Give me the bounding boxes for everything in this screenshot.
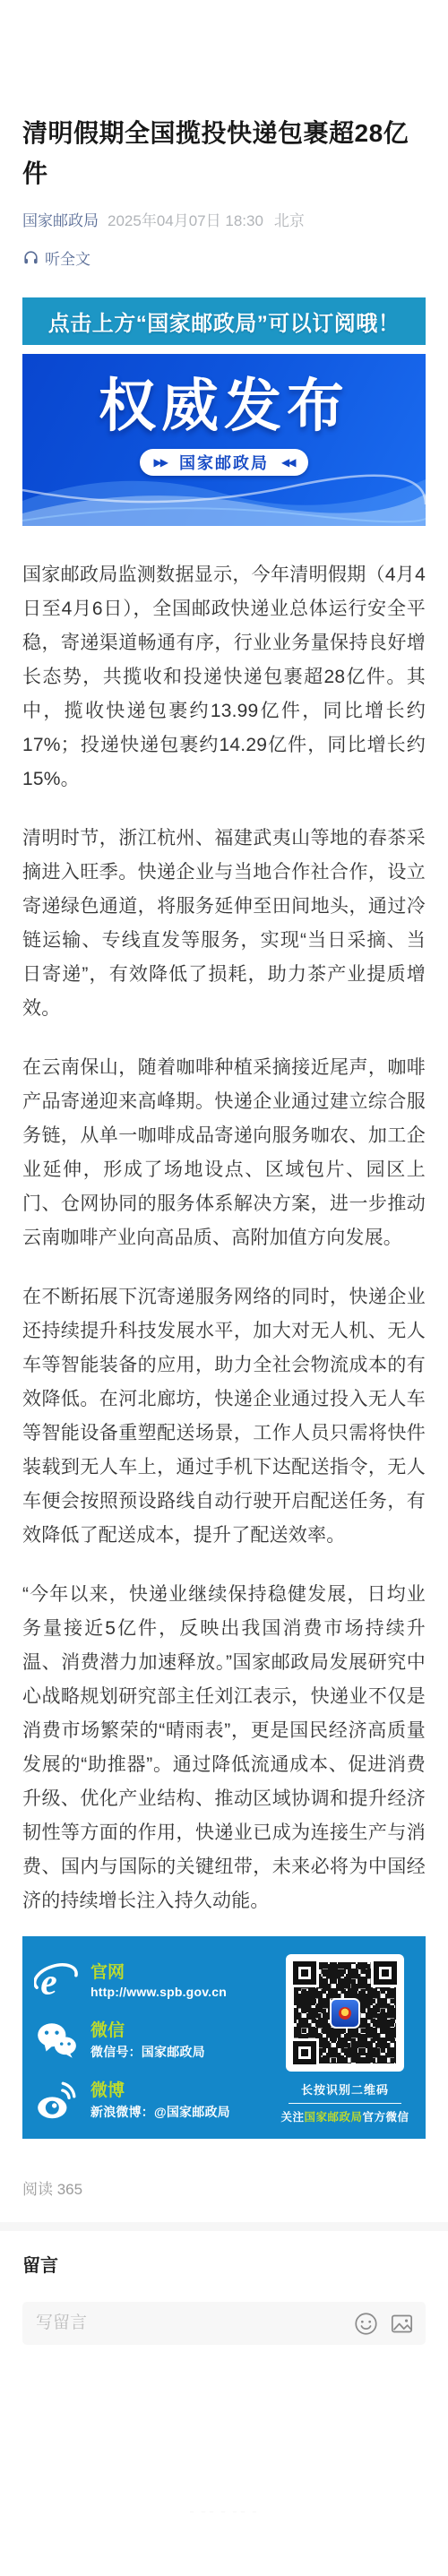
hero-banner-image: 权威发布 ▶▶ 国家邮政局 ◀◀ <box>22 354 426 526</box>
weibo-account: 新浪微博：@国家邮政局 <box>90 2103 230 2121</box>
comment-bar[interactable] <box>22 2302 426 2345</box>
image-upload-icon[interactable] <box>389 2311 414 2336</box>
emoji-icon[interactable] <box>353 2311 378 2336</box>
section-divider <box>0 2222 448 2231</box>
qr-follow-suffix: 官方微信 <box>363 2111 409 2124</box>
qr-finder-mark <box>293 2041 316 2064</box>
fast-forward-icon: ▶▶ <box>154 456 167 469</box>
qr-follow-tip: 关注国家邮政局官方微信 <box>280 2108 409 2124</box>
website-url: http://www.spb.gov.cn <box>90 1985 227 1999</box>
publish-date: 2025年04月07日 18:30 <box>108 208 263 230</box>
internet-explorer-icon: e <box>33 1958 80 2004</box>
weibo-row: 微博 新浪微博：@国家邮政局 <box>33 2078 270 2124</box>
faint-end-text: ﹘ ﹘﹘ ﹘ ﹘﹘ ﹘ <box>22 2506 426 2515</box>
wechat-label: 微信 <box>90 2021 205 2041</box>
comments-heading: 留言 <box>22 2251 426 2277</box>
qr-tip: 长按识别二维码 <box>301 2081 389 2098</box>
website-label: 官网 <box>90 1963 227 1983</box>
subscribe-banner-image: 点击上方“国家邮政局”可以订阅哦！ <box>22 297 426 345</box>
article-paragraph: 清明时节，浙江杭州、福建武夷山等地的春茶采摘进入旺季。快递企业与当地合作社合作，… <box>22 822 426 1026</box>
qr-follow-account: 国家邮政局 <box>304 2111 362 2124</box>
qr-follow-prefix: 关注 <box>280 2111 304 2124</box>
qr-center-emblem <box>330 1998 360 2029</box>
hero-headline: 权威发布 <box>99 377 349 435</box>
byline: 国家邮政局 2025年04月07日 18:30 北京 <box>22 208 426 230</box>
article-page: 清明假期全国揽投快递包裹超28亿件 国家邮政局 2025年04月07日 18:3… <box>0 0 448 2515</box>
hero-badge: ▶▶ 国家邮政局 ◀◀ <box>140 449 309 476</box>
subscribe-banner-text: 点击上方“国家邮政局”可以订阅哦！ <box>48 306 401 337</box>
article-paragraph: 国家邮政局监测数据显示，今年清明假期（4月4日至4月6日），全国邮政快递业总体运… <box>22 558 426 797</box>
read-count: 阅读 365 <box>22 2176 426 2199</box>
article-body: 国家邮政局监测数据显示，今年清明假期（4月4日至4月6日），全国邮政快递业总体运… <box>22 558 426 1918</box>
wechat-row: 微信 微信号：国家邮政局 <box>33 2018 270 2064</box>
qr-panel: 长按识别二维码 关注国家邮政局官方微信 <box>277 1954 413 2124</box>
qr-code-image <box>286 1954 404 2072</box>
comment-input[interactable] <box>34 2313 342 2334</box>
website-row: e 官网 http://www.spb.gov.cn <box>33 1958 270 2004</box>
wechat-account: 微信号：国家邮政局 <box>90 2043 205 2061</box>
author-link[interactable]: 国家邮政局 <box>22 208 99 230</box>
weibo-icon <box>33 2078 80 2124</box>
rewind-icon: ◀◀ <box>281 456 294 469</box>
qr-finder-mark <box>374 1961 397 1985</box>
contact-channels: e 官网 http://www.spb.gov.cn <box>33 1954 270 2124</box>
publish-location: 北京 <box>274 208 305 230</box>
article-paragraph: 在不断拓展下沉寄递服务网络的同时，快递企业还持续提升科技发展水平，加大对无人机、… <box>22 1280 426 1553</box>
qr-divider-line <box>289 2103 401 2104</box>
weibo-label: 微博 <box>90 2081 230 2101</box>
listen-label: 听全文 <box>45 246 90 269</box>
page-title: 清明假期全国揽投快递包裹超28亿件 <box>22 0 426 194</box>
article-paragraph: “今年以来，快递业继续保持稳健发展，日均业务量接近5亿件，反映出我国消费市场持续… <box>22 1578 426 1918</box>
headphones-icon <box>22 249 39 266</box>
listen-audio-button[interactable]: 听全文 <box>22 246 90 269</box>
wechat-icon <box>33 2018 80 2064</box>
qr-finder-mark <box>293 1961 316 1985</box>
contact-footer-image: e 官网 http://www.spb.gov.cn <box>22 1936 426 2139</box>
article-paragraph: 在云南保山，随着咖啡种植采摘接近尾声，咖啡产品寄递迎来高峰期。快递企业通过建立综… <box>22 1051 426 1255</box>
hero-badge-label: 国家邮政局 <box>179 451 269 474</box>
